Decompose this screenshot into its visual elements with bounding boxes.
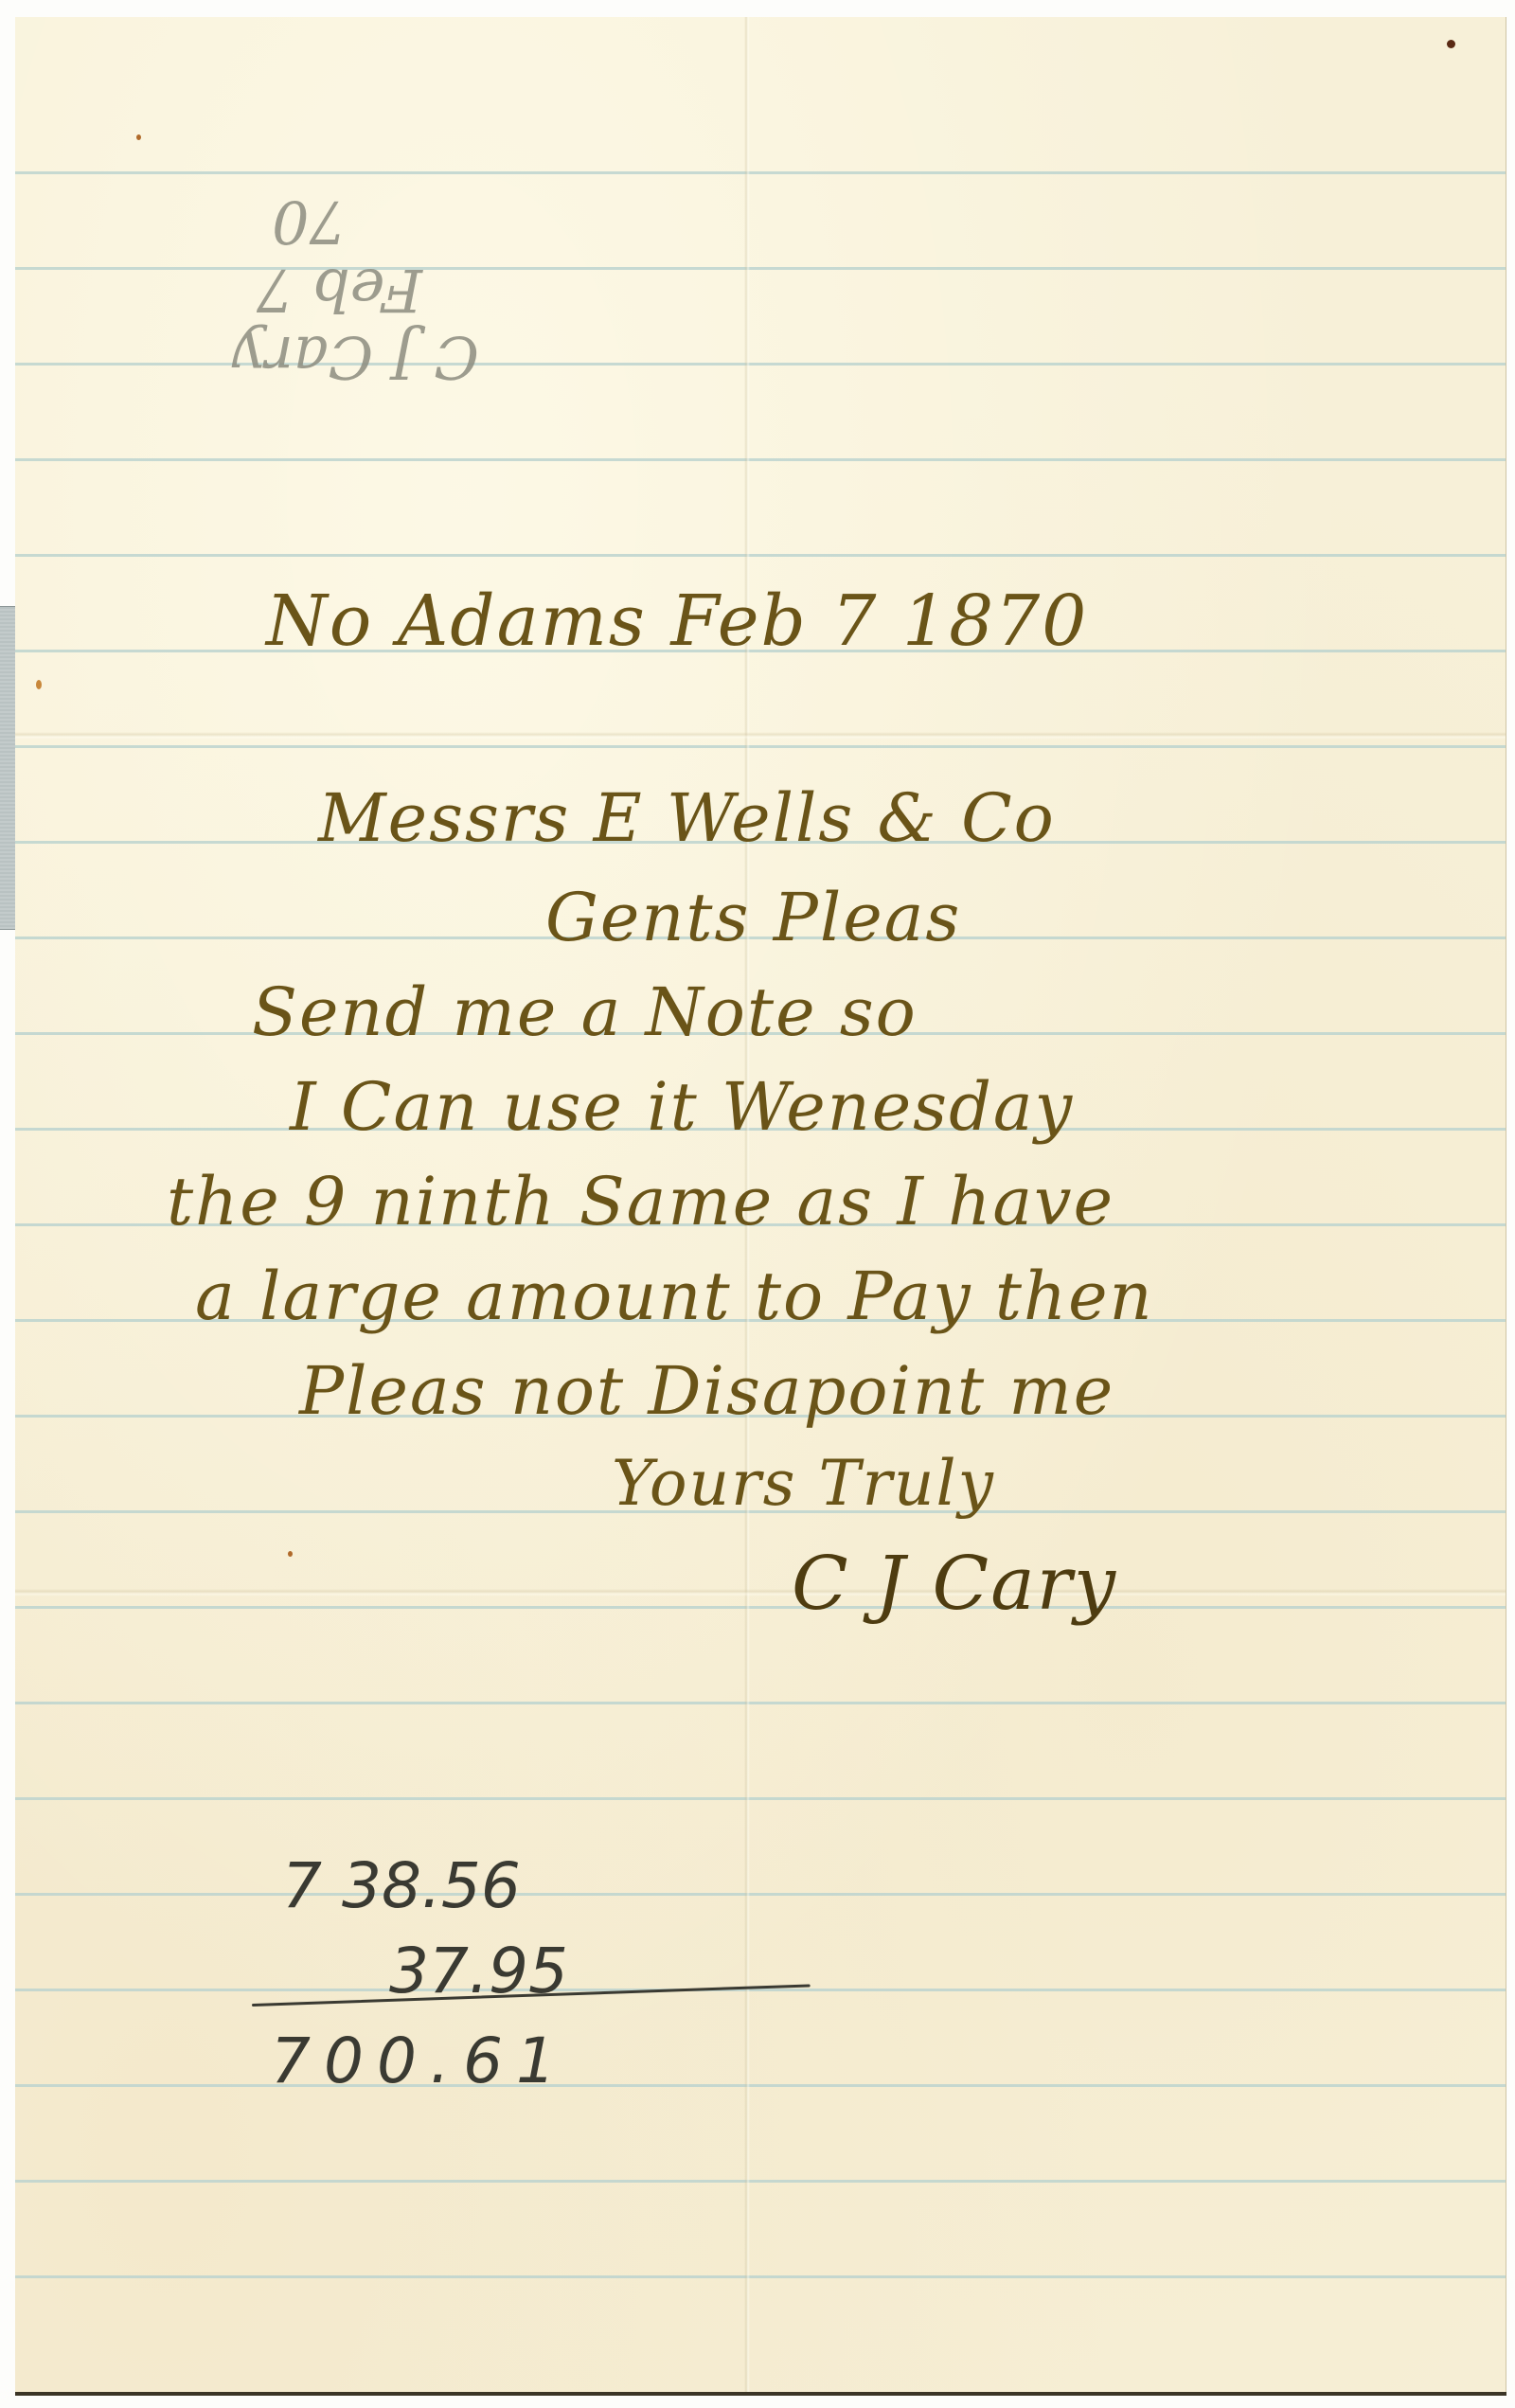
- ink-speck: [1447, 40, 1455, 48]
- body-line: a large amount to Pay then: [195, 1258, 1154, 1335]
- body-line: Send me a Note so: [252, 973, 918, 1051]
- horizontal-fold-crease: [15, 1589, 1506, 1596]
- docket-note: C J Cary Feb 7 70: [100, 69, 479, 391]
- calc-minuend: 7 38.56: [282, 1849, 521, 1922]
- ruled-line: [15, 1893, 1506, 1896]
- signature: C J Cary: [792, 1542, 1117, 1627]
- place-date-heading: No Adams Feb 7 1870: [266, 580, 1088, 662]
- ruled-line: [15, 554, 1506, 557]
- calc-result: 700.61: [271, 2025, 569, 2097]
- ruled-line: [15, 1797, 1506, 1800]
- ruled-line: [15, 2275, 1506, 2278]
- ruled-line: [15, 458, 1506, 461]
- ruled-line: [15, 1989, 1506, 1991]
- body-line: I Can use it Wenesday: [290, 1068, 1074, 1146]
- ruled-line: [15, 1606, 1506, 1609]
- body-line: the 9 ninth Same as I have: [167, 1163, 1114, 1240]
- foxing-spot: [288, 1551, 293, 1557]
- letter-sheet: C J Cary Feb 7 70 No Adams Feb 7 1870 Me…: [15, 17, 1506, 2392]
- salutation: Gents Pleas: [545, 879, 961, 956]
- closing: Yours Truly: [612, 1447, 995, 1520]
- ruled-line: [15, 2180, 1506, 2183]
- docket-line: 70: [100, 188, 479, 256]
- docket-line: C J Cary: [100, 324, 479, 391]
- foxing-spot: [36, 680, 42, 689]
- recipient-address: Messrs E Wells & Co: [318, 779, 1056, 857]
- body-line: Pleas not Disapoint me: [299, 1352, 1114, 1430]
- docket-line: Feb 7: [100, 256, 479, 323]
- horizontal-fold-crease: [15, 732, 1506, 740]
- ruled-line: [15, 745, 1506, 748]
- ruled-line: [15, 2084, 1506, 2087]
- ruled-line: [15, 1702, 1506, 1704]
